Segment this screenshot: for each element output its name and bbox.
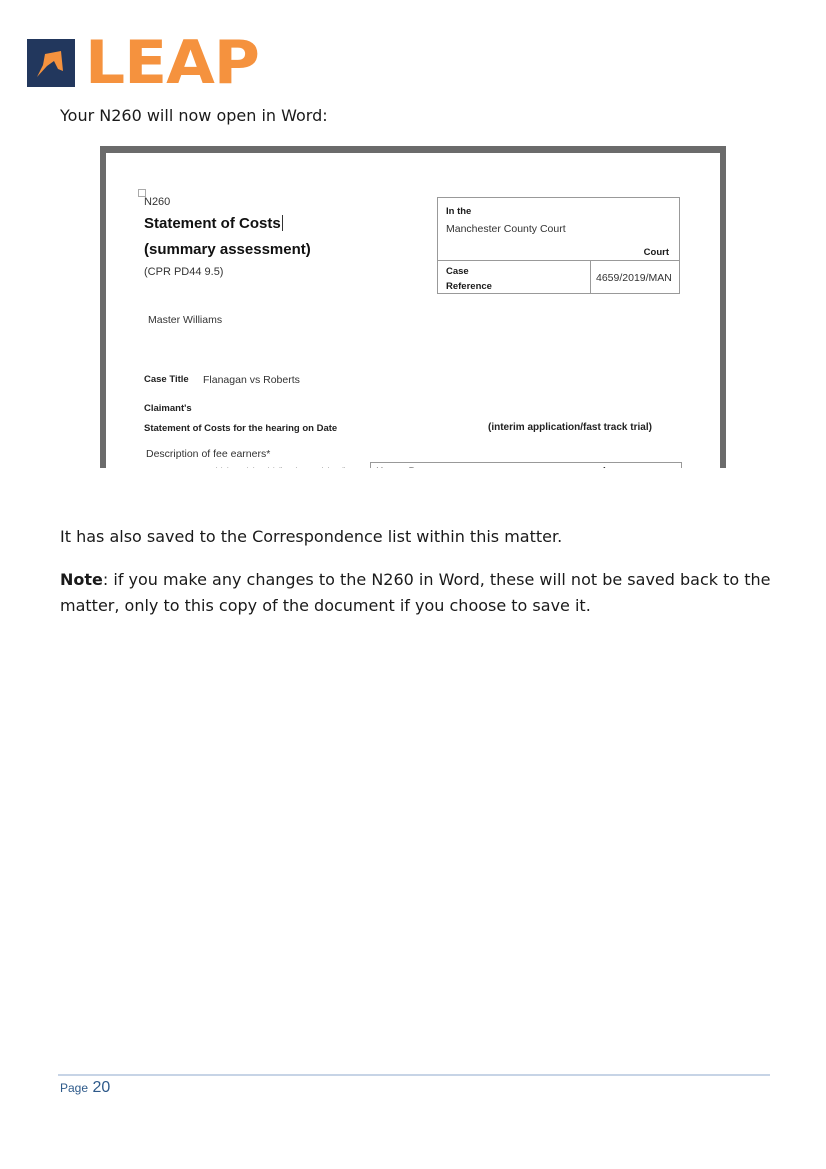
fee-earner-name: Keren Benger bbox=[376, 466, 444, 468]
word-document-screenshot: N260 Statement of Costs (summary assessm… bbox=[100, 146, 726, 468]
case-title-value: Flanagan vs Roberts bbox=[203, 374, 300, 386]
note-paragraph: Note: if you make any changes to the N26… bbox=[60, 567, 780, 619]
leap-logo-mark-icon bbox=[27, 39, 75, 87]
court-name: Manchester County Court bbox=[446, 223, 566, 235]
leap-logo: LEAP bbox=[27, 39, 251, 87]
fee-earner-row-label: (a) (name) (grade) (hourly rate claimed) bbox=[214, 466, 346, 468]
judge-name: Master Williams bbox=[148, 314, 222, 326]
intro-text: Your N260 will now open in Word: bbox=[60, 106, 328, 125]
statement-line: Statement of Costs for the hearing on Da… bbox=[144, 423, 337, 434]
fee-earners-heading: Description of fee earners* bbox=[146, 448, 270, 460]
leap-logo-text: LEAP bbox=[85, 39, 259, 87]
cpr-reference: (CPR PD44 9.5) bbox=[144, 266, 223, 278]
saved-paragraph: It has also saved to the Correspondence … bbox=[60, 527, 562, 546]
case-reference-value: 4659/2019/MAN bbox=[596, 272, 672, 284]
form-code: N260 bbox=[144, 196, 170, 208]
note-label: Note bbox=[60, 570, 103, 589]
title-line-1: Statement of Costs bbox=[144, 215, 281, 232]
note-text: : if you make any changes to the N260 in… bbox=[60, 570, 771, 615]
in-the-label: In the bbox=[446, 206, 471, 217]
case-title-label: Case Title bbox=[144, 374, 189, 385]
document-subtitle: (summary assessment) bbox=[144, 241, 311, 258]
page-label: Page bbox=[60, 1081, 88, 1095]
page-number: 20 bbox=[92, 1079, 110, 1096]
hearing-type: (interim application/fast track trial) bbox=[488, 422, 652, 433]
fee-earner-box: Keren Benger A bbox=[370, 462, 682, 468]
fee-earner-grade: A bbox=[601, 466, 608, 468]
court-label: Court bbox=[644, 247, 669, 258]
page-footer: Page 20 bbox=[60, 1079, 110, 1097]
case-reference-label: Case Reference bbox=[446, 264, 516, 294]
document-title: Statement of Costs bbox=[144, 215, 283, 232]
table-divider bbox=[590, 260, 591, 293]
text-cursor bbox=[282, 215, 283, 231]
court-row: In the Manchester County Court Court bbox=[438, 198, 679, 261]
party-label: Claimant's bbox=[144, 403, 192, 414]
court-details-table: In the Manchester County Court Court Cas… bbox=[437, 197, 680, 294]
footer-divider bbox=[58, 1074, 770, 1076]
